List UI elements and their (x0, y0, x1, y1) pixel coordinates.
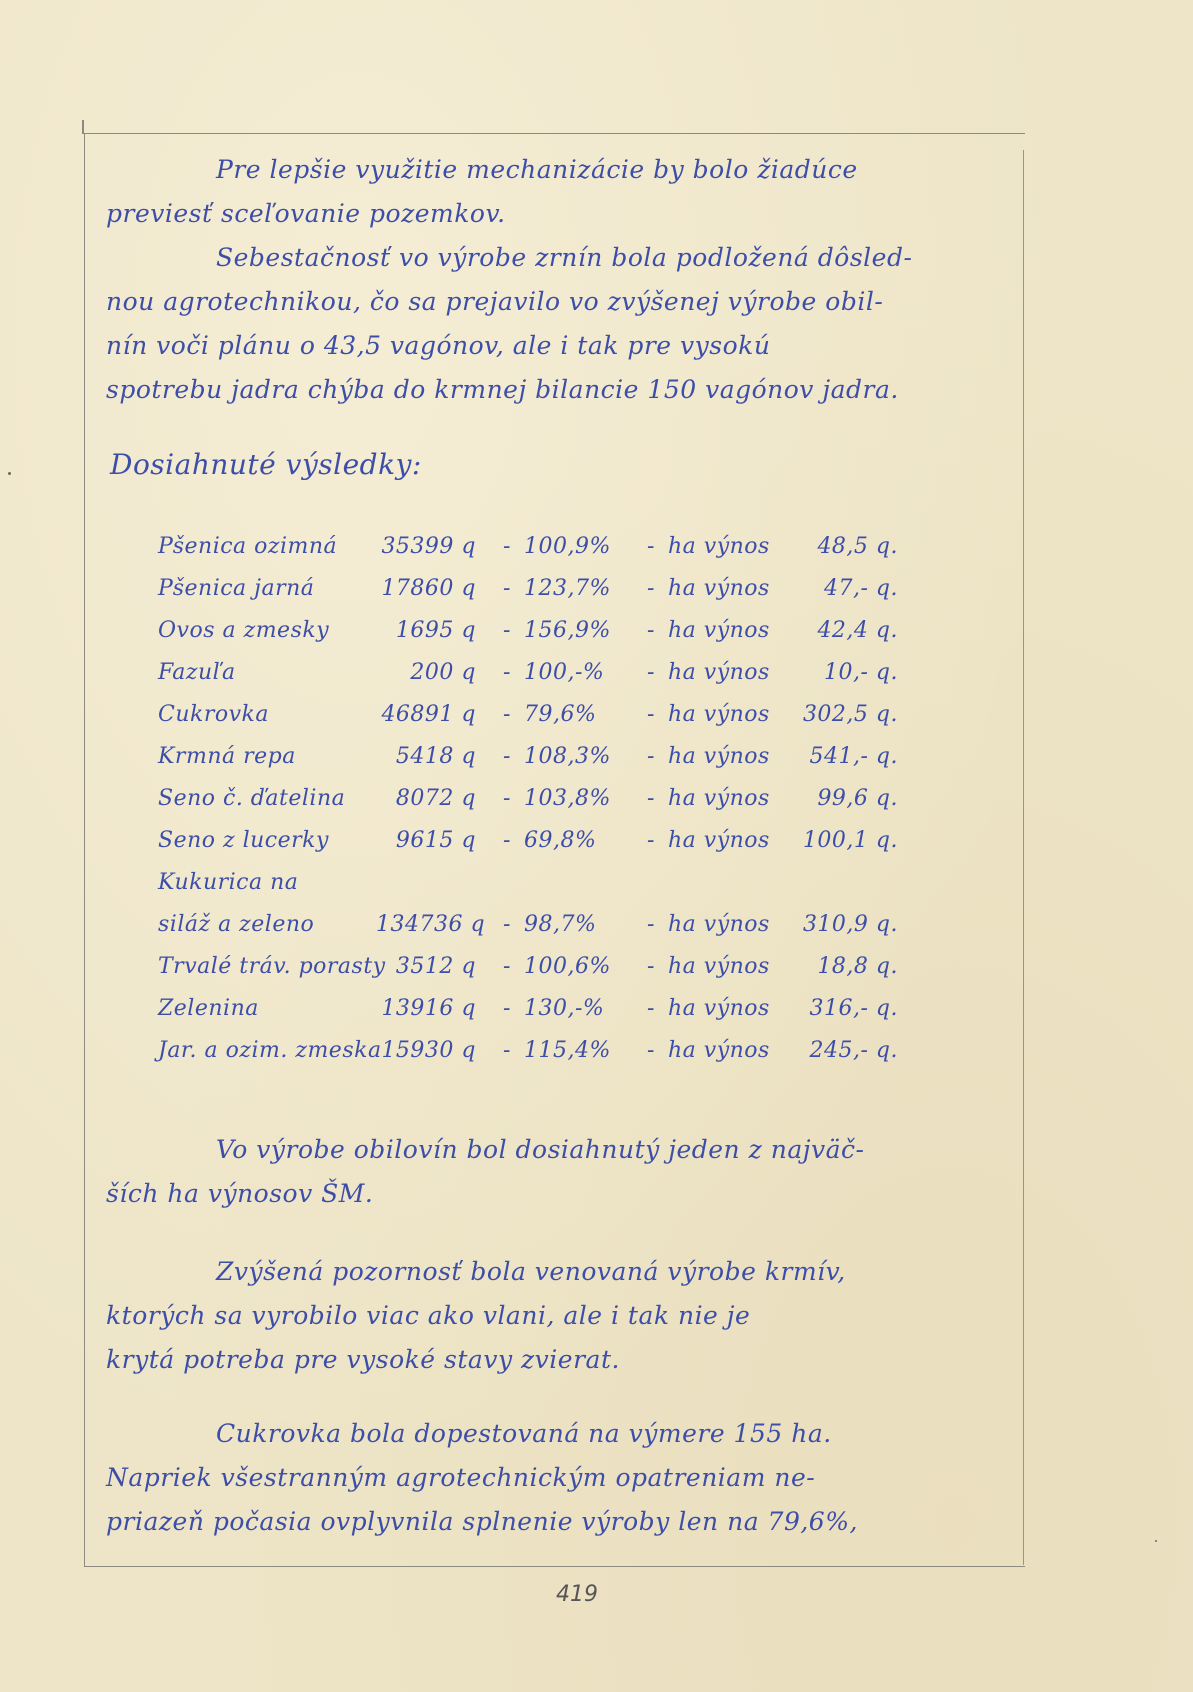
separator: - (490, 954, 524, 979)
text-line: spotrebu jadra chýba do krmnej bilancie … (106, 368, 1016, 412)
text-line: Sebestačnosť vo výrobe zrnín bola podlož… (106, 236, 1016, 280)
plan-percent: 130,-% (524, 996, 634, 1021)
yield-label: ha výnos (668, 828, 798, 853)
plan-percent: 123,7% (524, 576, 634, 601)
yield-per-ha: 10,- q. (798, 660, 898, 685)
yield-label: ha výnos (668, 702, 798, 727)
table-row: Jar. a ozim. zmeska 15930 q - 115,4% - h… (158, 1038, 918, 1080)
yield-per-ha: 302,5 q. (798, 702, 898, 727)
crop-quantity: 8072 q (376, 786, 490, 811)
crop-name: Trvalé tráv. porasty (158, 954, 376, 979)
yield-label: ha výnos (668, 912, 798, 937)
yield-label: ha výnos (668, 576, 798, 601)
paragraph-self-sufficiency: Sebestačnosť vo výrobe zrnín bola podlož… (106, 236, 1016, 412)
plan-percent: 156,9% (524, 618, 634, 643)
plan-percent: 108,3% (524, 744, 634, 769)
crop-quantity: 15930 q (376, 1038, 490, 1063)
crop-quantity: 5418 q (376, 744, 490, 769)
separator: - (490, 660, 524, 685)
separator: - (634, 660, 668, 685)
separator: - (490, 912, 524, 937)
yield-per-ha: 310,9 q. (798, 912, 898, 937)
separator: - (490, 534, 524, 559)
crop-quantity: 3512 q (376, 954, 490, 979)
results-heading: Dosiahnuté výsledky: (110, 448, 422, 481)
yield-label: ha výnos (668, 618, 798, 643)
text-line: nou agrotechnikou, čo sa prejavilo vo zv… (106, 280, 1016, 324)
separator: - (634, 912, 668, 937)
crop-quantity: 134736 q (376, 912, 490, 937)
separator: - (634, 576, 668, 601)
separator: - (634, 954, 668, 979)
crop-name: Cukrovka (158, 702, 376, 727)
separator: - (490, 618, 524, 643)
yield-per-ha: 47,- q. (798, 576, 898, 601)
table-row-label-continued: Kukurica na (158, 870, 918, 912)
plan-percent: 103,8% (524, 786, 634, 811)
table-row: Krmná repa 5418 q - 108,3% - ha výnos 54… (158, 744, 918, 786)
table-row: siláž a zeleno 134736 q - 98,7% - ha výn… (158, 912, 918, 954)
text-line: ších ha výnosov ŠM. (106, 1172, 1016, 1216)
plan-percent: 98,7% (524, 912, 634, 937)
crop-quantity: 46891 q (376, 702, 490, 727)
paragraph-sugar-beet: Cukrovka bola dopestovaná na výmere 155 … (106, 1412, 1016, 1544)
separator: - (634, 744, 668, 769)
crop-name: Pšenica ozimná (158, 534, 376, 559)
yield-per-ha: 48,5 q. (798, 534, 898, 559)
crop-name: Fazuľa (158, 660, 376, 685)
crop-name: Kukurica na (158, 870, 376, 895)
separator: - (490, 786, 524, 811)
separator: - (634, 828, 668, 853)
text-line: ktorých sa vyrobilo viac ako vlani, ale … (106, 1294, 1016, 1338)
crop-name: Seno z lucerky (158, 828, 376, 853)
separator: - (490, 744, 524, 769)
plan-percent: 115,4% (524, 1038, 634, 1063)
border-corner-mark (82, 120, 84, 134)
text-line: Cukrovka bola dopestovaná na výmere 155 … (106, 1412, 1016, 1456)
page-border-right (1023, 150, 1024, 1565)
text-line: Vo výrobe obilovín bol dosiahnutý jeden … (106, 1128, 1016, 1172)
plan-percent: 69,8% (524, 828, 634, 853)
crop-name: Jar. a ozim. zmeska (158, 1038, 376, 1063)
yield-label: ha výnos (668, 660, 798, 685)
text-line: Zvýšená pozornosť bola venovaná výrobe k… (106, 1250, 1016, 1294)
paper-speck (1155, 1540, 1157, 1542)
page-number: 419 (556, 1582, 598, 1607)
text-line: nín voči plánu o 43,5 vagónov, ale i tak… (106, 324, 1016, 368)
yield-label: ha výnos (668, 996, 798, 1021)
yield-per-ha: 99,6 q. (798, 786, 898, 811)
crop-name: siláž a zeleno (158, 912, 376, 937)
crop-name: Ovos a zmesky (158, 618, 376, 643)
plan-percent: 100,9% (524, 534, 634, 559)
paragraph-feed-production: Zvýšená pozornosť bola venovaná výrobe k… (106, 1250, 1016, 1382)
table-row: Cukrovka 46891 q - 79,6% - ha výnos 302,… (158, 702, 918, 744)
paper-speck (8, 472, 11, 475)
separator: - (490, 1038, 524, 1063)
table-row: Trvalé tráv. porasty 3512 q - 100,6% - h… (158, 954, 918, 996)
crop-name: Krmná repa (158, 744, 376, 769)
text-line: Pre lepšie využitie mechanizácie by bolo… (106, 148, 1016, 192)
yield-label: ha výnos (668, 744, 798, 769)
table-row: Pšenica ozimná 35399 q - 100,9% - ha výn… (158, 534, 918, 576)
crop-name: Pšenica jarná (158, 576, 376, 601)
paragraph-mechanization: Pre lepšie využitie mechanizácie by bolo… (106, 148, 1016, 236)
yield-label: ha výnos (668, 954, 798, 979)
crop-quantity: 35399 q (376, 534, 490, 559)
text-line: krytá potreba pre vysoké stavy zvierat. (106, 1338, 1016, 1382)
separator: - (634, 786, 668, 811)
text-line: previesť sceľovanie pozemkov. (106, 192, 1016, 236)
yield-per-ha: 18,8 q. (798, 954, 898, 979)
results-table: Pšenica ozimná 35399 q - 100,9% - ha výn… (158, 534, 918, 1080)
yield-label: ha výnos (668, 786, 798, 811)
yield-per-ha: 42,4 q. (798, 618, 898, 643)
crop-quantity: 17860 q (376, 576, 490, 601)
separator: - (490, 996, 524, 1021)
crop-quantity: 1695 q (376, 618, 490, 643)
separator: - (634, 702, 668, 727)
yield-per-ha: 245,- q. (798, 1038, 898, 1063)
plan-percent: 100,-% (524, 660, 634, 685)
paragraph-cereal-yields: Vo výrobe obilovín bol dosiahnutý jeden … (106, 1128, 1016, 1216)
table-row: Fazuľa 200 q - 100,-% - ha výnos 10,- q. (158, 660, 918, 702)
crop-name: Seno č. ďatelina (158, 786, 376, 811)
table-row: Seno č. ďatelina 8072 q - 103,8% - ha vý… (158, 786, 918, 828)
separator: - (490, 702, 524, 727)
table-row: Seno z lucerky 9615 q - 69,8% - ha výnos… (158, 828, 918, 870)
plan-percent: 100,6% (524, 954, 634, 979)
crop-name: Zelenina (158, 996, 376, 1021)
separator: - (634, 618, 668, 643)
crop-quantity: 13916 q (376, 996, 490, 1021)
text-line: Napriek všestranným agrotechnickým opatr… (106, 1456, 1016, 1500)
yield-label: ha výnos (668, 534, 798, 559)
text-line: priazeň počasia ovplyvnila splnenie výro… (106, 1500, 1016, 1544)
separator: - (490, 828, 524, 853)
table-row: Ovos a zmesky 1695 q - 156,9% - ha výnos… (158, 618, 918, 660)
yield-label: ha výnos (668, 1038, 798, 1063)
crop-quantity: 9615 q (376, 828, 490, 853)
plan-percent: 79,6% (524, 702, 634, 727)
yield-per-ha: 316,- q. (798, 996, 898, 1021)
separator: - (634, 1038, 668, 1063)
separator: - (634, 534, 668, 559)
separator: - (490, 576, 524, 601)
yield-per-ha: 541,- q. (798, 744, 898, 769)
crop-quantity: 200 q (376, 660, 490, 685)
table-row: Zelenina 13916 q - 130,-% - ha výnos 316… (158, 996, 918, 1038)
yield-per-ha: 100,1 q. (798, 828, 898, 853)
table-row: Pšenica jarná 17860 q - 123,7% - ha výno… (158, 576, 918, 618)
separator: - (634, 996, 668, 1021)
